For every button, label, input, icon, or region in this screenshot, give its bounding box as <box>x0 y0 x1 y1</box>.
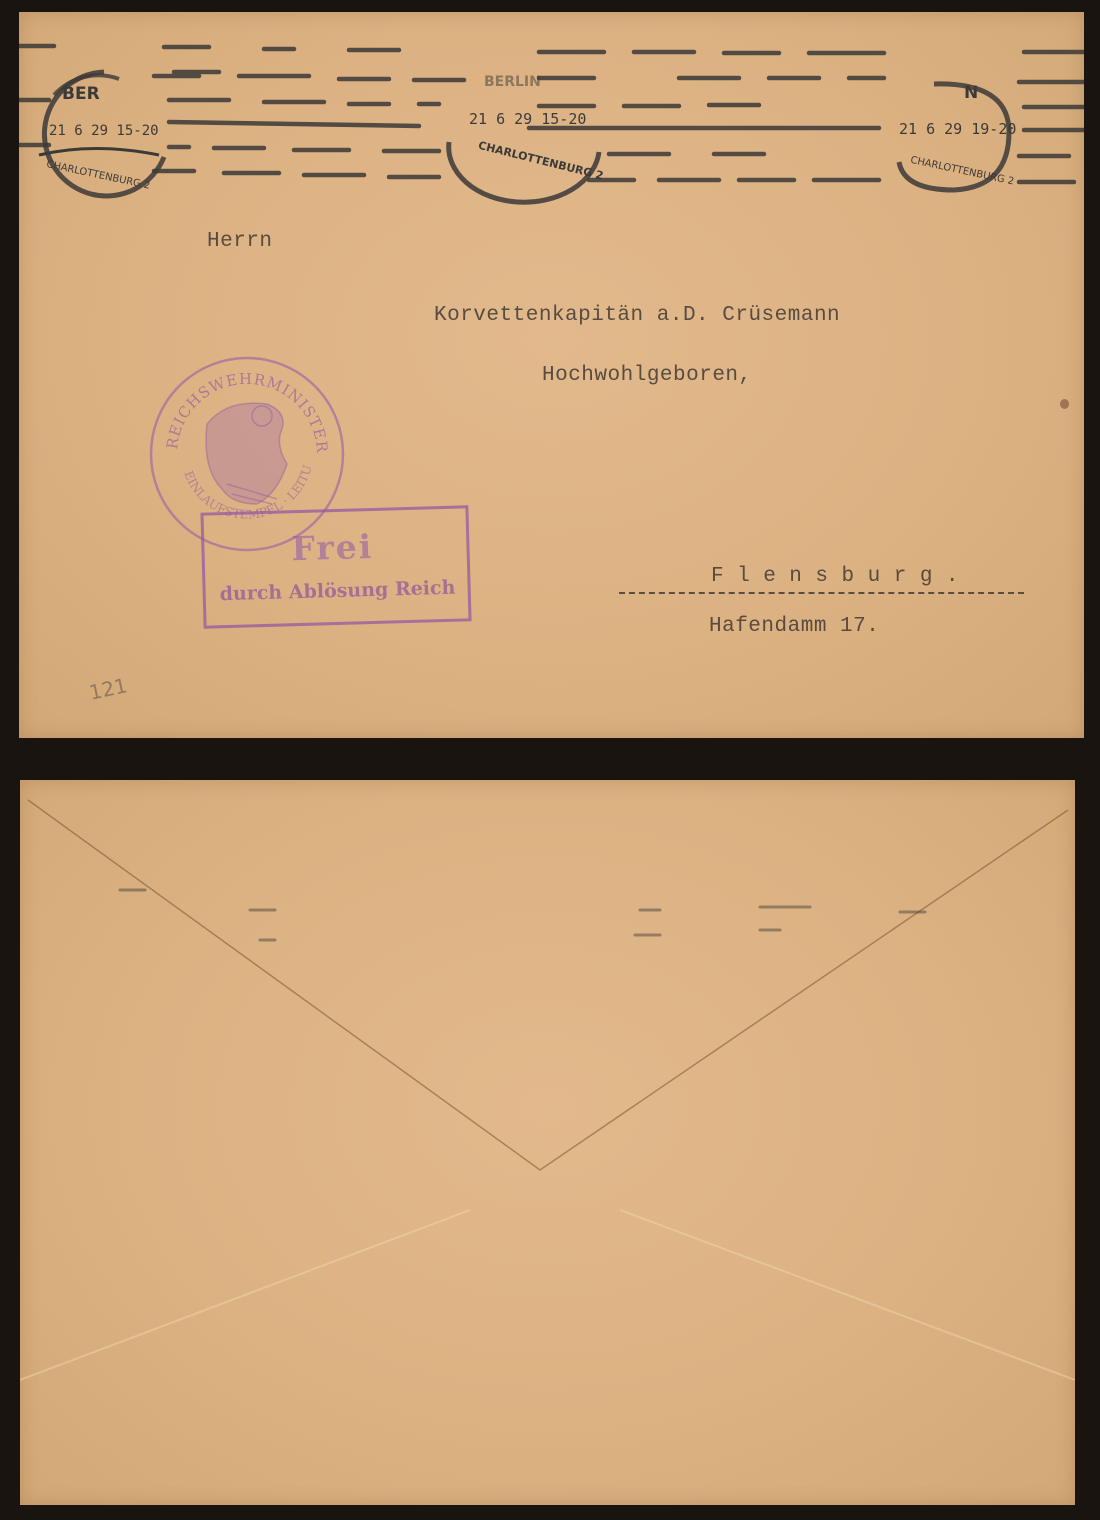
postmark-center-city: BERLIN <box>484 74 541 90</box>
postmark-center-date: 21 6 29 15-20 <box>469 110 586 128</box>
envelope-flap-lines <box>20 780 1075 1505</box>
postmark-right-city: N <box>964 83 978 103</box>
pencil-note: 121 <box>87 673 129 704</box>
postmark-left: BER 21 6 29 15-20 CHARLOTTENBURG 2 <box>24 67 174 202</box>
address-underline <box>619 592 1024 594</box>
frei-subtitle: durch Ablösung Reich <box>219 577 455 606</box>
frei-title: Frei <box>291 527 374 568</box>
envelope-back <box>20 780 1075 1505</box>
address-city: Flensburg. <box>711 565 972 588</box>
envelope-front: BER 21 6 29 15-20 CHARLOTTENBURG 2 BERLI… <box>19 12 1084 738</box>
postmark-center-district: CHARLOTTENBURG 2 <box>477 139 605 183</box>
frei-postage-stamp: Frei durch Ablösung Reich <box>200 505 471 628</box>
postmark-right-date: 21 6 29 19-20 <box>899 120 1016 138</box>
postmark-left-city: BER <box>62 84 100 104</box>
address-honorific: Hochwohlgeboren, <box>542 364 752 387</box>
paper-stain <box>1060 399 1069 409</box>
eagle-emblem-icon <box>206 403 287 504</box>
address-street: Hafendamm 17. <box>709 615 879 638</box>
address-salutation: Herrn <box>207 230 273 253</box>
address-recipient-name: Korvettenkapitän a.D. Crüsemann <box>434 304 840 327</box>
postmark-left-date: 21 6 29 15-20 <box>49 123 159 139</box>
postmark-center: BERLIN 21 6 29 15-20 CHARLOTTENBURG 2 <box>439 72 609 207</box>
postmark-right: N 21 6 29 19-20 CHARLOTTENBURG 2 <box>874 72 1034 207</box>
